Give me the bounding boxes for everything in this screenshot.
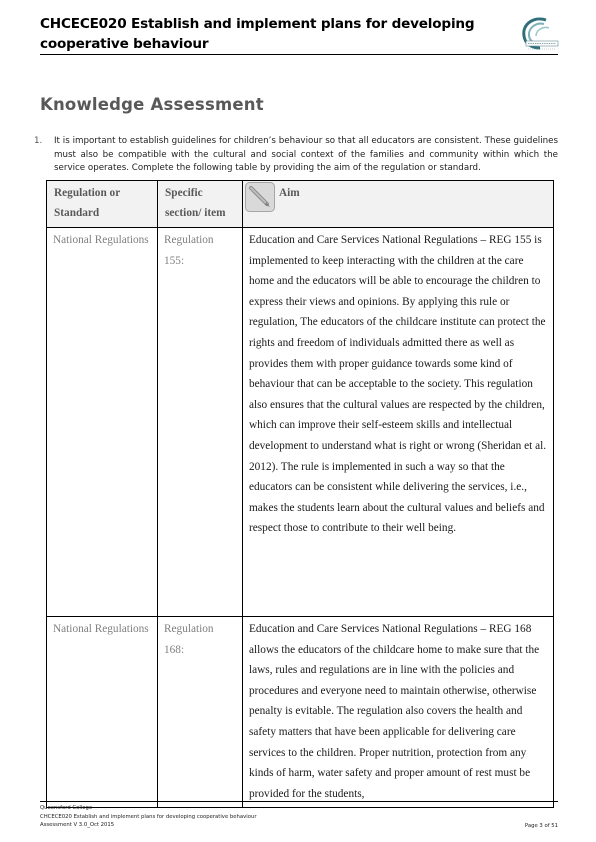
section-title: Knowledge Assessment: [40, 95, 264, 114]
college-logo-icon: [516, 14, 560, 54]
cell-aim[interactable]: Education and Care Services National Reg…: [243, 228, 554, 617]
header-aim: Aim: [243, 181, 554, 228]
table-row: National Regulations Regulation 168: Edu…: [47, 617, 554, 808]
document-title: CHCECE020 Establish and implement plans …: [40, 14, 510, 54]
header-regulation-or-standard: Regulation or Standard: [47, 181, 158, 228]
page-number: Page 3 of 51: [525, 822, 558, 831]
page-header: CHCECE020 Establish and implement plans …: [40, 14, 558, 55]
cell-section: Regulation 168:: [158, 617, 243, 808]
question-1: 1. It is important to establish guidelin…: [34, 135, 558, 176]
cell-standard: National Regulations: [47, 228, 158, 617]
cell-section: Regulation 155:: [158, 228, 243, 617]
footer-unit: CHCECE020 Establish and implement plans …: [40, 813, 558, 822]
cell-standard: National Regulations: [47, 617, 158, 808]
table-row: National Regulations Regulation 155: Edu…: [47, 228, 554, 617]
header-specific-section: Specific section/ item: [158, 181, 243, 228]
footer-version: Assessment V 3.0_Oct 2015: [40, 821, 558, 830]
pencil-icon[interactable]: [245, 182, 275, 212]
aim-header-label: Aim: [279, 187, 300, 199]
question-number: 1.: [34, 135, 42, 149]
table-header-row: Regulation or Standard Specific section/…: [47, 181, 554, 228]
footer-college: Queensford College: [40, 804, 558, 813]
question-text: It is important to establish guidelines …: [54, 135, 558, 176]
cell-aim[interactable]: Education and Care Services National Reg…: [243, 617, 554, 808]
page-footer: Queensford College CHCECE020 Establish a…: [40, 801, 558, 830]
regulations-table: Regulation or Standard Specific section/…: [46, 180, 554, 808]
